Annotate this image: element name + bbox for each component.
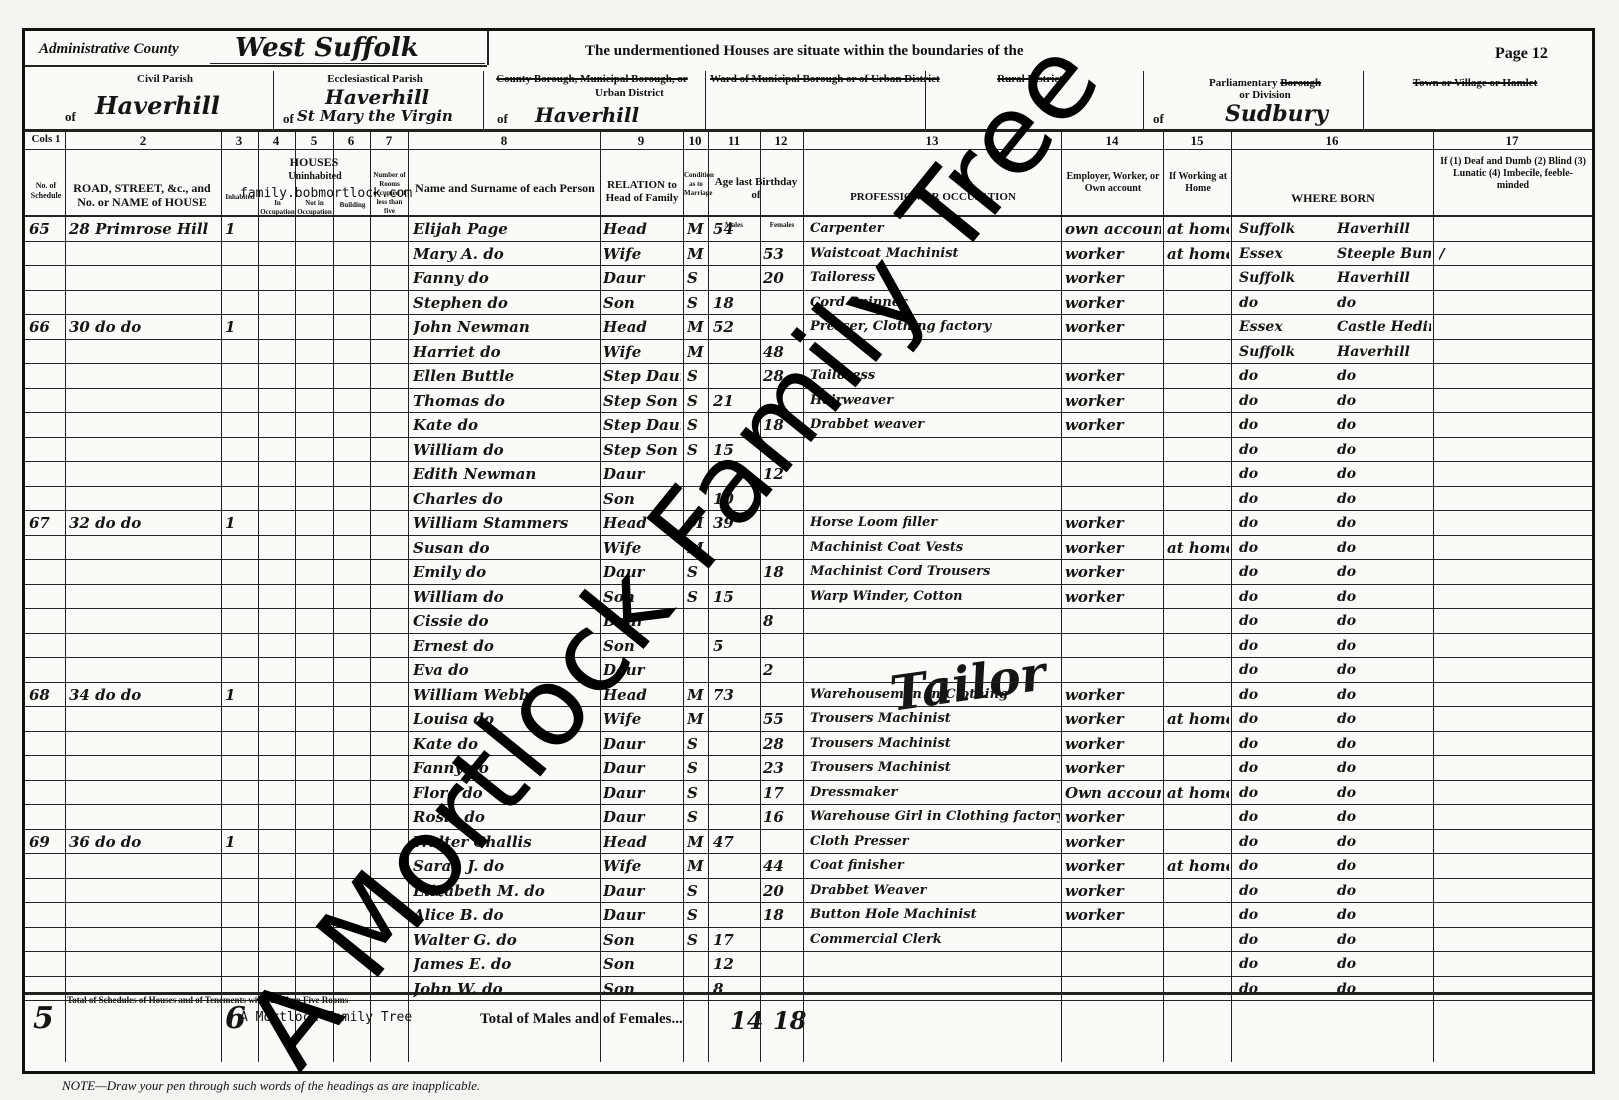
cell-born2: do <box>1337 661 1431 679</box>
header-c10: Condition as to Marriage <box>684 171 708 198</box>
cell-m: 15 <box>713 441 757 459</box>
column-divider <box>708 132 709 1062</box>
cell-f: 2 <box>763 661 801 679</box>
cell-occ: Dressmaker <box>810 784 1060 802</box>
admin-county-value: West Suffolk <box>235 33 419 63</box>
cell-born1: do <box>1239 735 1334 753</box>
cell-rel: Daur <box>603 906 681 924</box>
cell-born1: do <box>1239 441 1334 459</box>
cell-home: at home <box>1167 245 1229 263</box>
cell-name: Harriet do <box>413 343 598 361</box>
cell-born1: do <box>1239 906 1334 924</box>
column-number: 10 <box>675 133 715 149</box>
cell-emp: own account <box>1065 220 1161 238</box>
cell-born1: do <box>1239 367 1334 385</box>
total-females: 18 <box>773 1006 806 1035</box>
civil-parish-value: Haverhill <box>95 91 220 120</box>
cell-name: Fanny do <box>413 269 598 287</box>
cell-cond: M <box>687 710 707 728</box>
column-number: 15 <box>1177 133 1217 149</box>
cell-rel: Daur <box>603 612 681 630</box>
cell-rel: Son <box>603 931 681 949</box>
cell-f: 23 <box>763 759 801 777</box>
civil-parish-label: Civil Parish <box>85 73 245 85</box>
eccl-parish-label: Ecclesiastical Parish <box>275 73 475 85</box>
column-divider <box>1061 132 1062 1062</box>
cell-born2: do <box>1337 857 1431 875</box>
cell-rel: Daur <box>603 882 681 900</box>
cell-rel: Daur <box>603 563 681 581</box>
cell-m: 21 <box>713 392 757 410</box>
cell-cond: S <box>687 441 707 459</box>
rural-district-label: Rural District <box>930 73 1130 85</box>
cell-home: at home <box>1167 220 1229 238</box>
cell-rel: Wife <box>603 857 681 875</box>
cell-born1: do <box>1239 612 1334 630</box>
cell-born1: Suffolk <box>1239 220 1334 238</box>
cell-born1: do <box>1239 784 1334 802</box>
cell-occ: Tailoress <box>810 269 1060 287</box>
column-number: 4 <box>256 133 296 149</box>
column-divider <box>600 132 601 1062</box>
cell-m: 12 <box>713 955 757 973</box>
column-divider <box>295 132 296 1062</box>
cell-born2: do <box>1337 416 1431 434</box>
column-number: 6 <box>331 133 371 149</box>
column-number: 14 <box>1092 133 1132 149</box>
cell-emp: worker <box>1065 735 1161 753</box>
column-number: 12 <box>761 133 801 149</box>
cell-cond: M <box>687 343 707 361</box>
cell-rel: Head <box>603 833 681 851</box>
cell-emp: worker <box>1065 318 1161 336</box>
cell-occ: Cord Spinner <box>810 294 1060 312</box>
cell-born1: do <box>1239 539 1334 557</box>
cell-born2: do <box>1337 686 1431 704</box>
cell-m: 10 <box>713 490 757 508</box>
cell-cond: M <box>687 514 707 532</box>
eccl-parish-value-2: St Mary the Virgin <box>297 107 453 125</box>
cell-f: 53 <box>763 245 801 263</box>
cell-born2: do <box>1337 294 1431 312</box>
cell-emp: worker <box>1065 833 1161 851</box>
cell-occ: Tailoress <box>810 367 1060 385</box>
cell-name: Cissie do <box>413 612 598 630</box>
cell-occ: Waistcoat Machinist <box>810 245 1060 263</box>
cell-name: Ellen Buttle <box>413 367 598 385</box>
cell-emp: worker <box>1065 392 1161 410</box>
cell-name: William do <box>413 441 598 459</box>
cell-occ: Warehouse Girl in Clothing factory <box>810 808 1060 826</box>
cell-emp: worker <box>1065 539 1161 557</box>
cell-emp: Own account <box>1065 784 1161 802</box>
cell-rel: Daur <box>603 784 681 802</box>
cell-rel: Head <box>603 318 681 336</box>
cell-cond: S <box>687 416 707 434</box>
cell-occ: Cloth Presser <box>810 833 1060 851</box>
cell-born2: do <box>1337 539 1431 557</box>
cell-cond: M <box>687 539 707 557</box>
cell-born2: do <box>1337 808 1431 826</box>
cell-name: Alice B. do <box>413 906 598 924</box>
cell-cond: M <box>687 318 707 336</box>
cell-occ: Warp Winder, Cotton <box>810 588 1060 606</box>
cols-label: Cols 1 <box>27 133 65 145</box>
cell-born2: do <box>1337 392 1431 410</box>
cell-born1: do <box>1239 392 1334 410</box>
cell-m: 8 <box>713 980 757 998</box>
cell-born2: do <box>1337 906 1431 924</box>
cell-occ: Button Hole Machinist <box>810 906 1060 924</box>
cell-born1: do <box>1239 931 1334 949</box>
column-divider <box>333 132 334 1062</box>
cell-occ: Carpenter <box>810 220 1060 238</box>
cell-inf: / <box>1439 245 1589 263</box>
cell-f: 20 <box>763 269 801 287</box>
cell-born1: do <box>1239 637 1334 655</box>
cell-emp: worker <box>1065 759 1161 777</box>
cell-inhab: 1 <box>225 686 255 704</box>
header-age_label: Age last Birthday of <box>709 176 803 202</box>
cell-inhab: 1 <box>225 514 255 532</box>
cell-born2: do <box>1337 367 1431 385</box>
cell-born1: do <box>1239 490 1334 508</box>
cell-occ: Warehouseman in Clothing <box>810 686 1060 704</box>
cell-f: 18 <box>763 563 801 581</box>
cell-born2: Castle Hedingham <box>1337 318 1431 336</box>
column-divider <box>258 132 259 1062</box>
cell-born2: do <box>1337 759 1431 777</box>
column-divider <box>1163 132 1164 1062</box>
cell-name: Elizabeth M. do <box>413 882 598 900</box>
column-divider <box>1231 132 1232 1062</box>
cell-born2: do <box>1337 955 1431 973</box>
cell-rel: Son <box>603 490 681 508</box>
column-number: 2 <box>123 133 163 149</box>
watermark-url: family.bobmortlock.com <box>240 186 412 201</box>
header-c9: RELATION to Head of Family <box>602 179 682 205</box>
cell-m: 18 <box>713 294 757 312</box>
column-divider <box>760 132 761 1062</box>
cell-name: Sarah J. do <box>413 857 598 875</box>
cell-cond: M <box>687 833 707 851</box>
cell-m: 54 <box>713 220 757 238</box>
page-number: Page 12 <box>1495 45 1548 63</box>
cell-rel: Step Daur <box>603 367 681 385</box>
cell-rel: Daur <box>603 661 681 679</box>
cell-name: Stephen do <box>413 294 598 312</box>
urban-district-label: Urban District <box>595 87 664 99</box>
cell-emp: worker <box>1065 906 1161 924</box>
column-number: 5 <box>294 133 334 149</box>
cell-born1: do <box>1239 514 1334 532</box>
cell-rel: Daur <box>603 735 681 753</box>
cell-name: Louisa do <box>413 710 598 728</box>
cell-f: 18 <box>763 906 801 924</box>
cell-emp: worker <box>1065 710 1161 728</box>
cell-cond: S <box>687 931 707 949</box>
cell-born1: do <box>1239 416 1334 434</box>
cell-rel: Head <box>603 686 681 704</box>
cell-born2: Haverhill <box>1337 220 1431 238</box>
cell-name: Flora do <box>413 784 598 802</box>
cell-occ: Commercial Clerk <box>810 931 1060 949</box>
cell-rel: Wife <box>603 343 681 361</box>
cell-born1: do <box>1239 563 1334 581</box>
cell-sched: 66 <box>29 318 59 336</box>
cell-cond: S <box>687 759 707 777</box>
cell-emp: worker <box>1065 563 1161 581</box>
cell-emp: worker <box>1065 367 1161 385</box>
cell-born1: do <box>1239 980 1334 998</box>
cell-f: 55 <box>763 710 801 728</box>
cell-m: 15 <box>713 588 757 606</box>
cell-cond: S <box>687 269 707 287</box>
cell-emp: worker <box>1065 808 1161 826</box>
cell-sched: 69 <box>29 833 59 851</box>
cell-born2: do <box>1337 784 1431 802</box>
cell-rel: Daur <box>603 808 681 826</box>
cell-name: William do <box>413 588 598 606</box>
cell-born2: do <box>1337 710 1431 728</box>
cell-rel: Son <box>603 955 681 973</box>
cell-sched: 67 <box>29 514 59 532</box>
column-divider <box>683 132 684 1062</box>
cell-emp: worker <box>1065 269 1161 287</box>
cell-f: 12 <box>763 465 801 483</box>
cell-rel: Step Daur <box>603 416 681 434</box>
cell-name: Eva do <box>413 661 598 679</box>
cell-emp: worker <box>1065 416 1161 434</box>
cell-rel: Daur <box>603 465 681 483</box>
cell-born2: Haverhill <box>1337 269 1431 287</box>
cell-born1: do <box>1239 661 1334 679</box>
cell-address: 28 Primrose Hill <box>69 220 219 238</box>
cell-born2: do <box>1337 441 1431 459</box>
cell-rel: Step Son <box>603 441 681 459</box>
cell-born2: do <box>1337 735 1431 753</box>
header-c1: No. of Schedule <box>27 181 65 201</box>
cell-occ: Hairweaver <box>810 392 1060 410</box>
cell-occ: Machinist Cord Trousers <box>810 563 1060 581</box>
cell-born2: do <box>1337 465 1431 483</box>
cell-m: 47 <box>713 833 757 851</box>
cell-occ: Trousers Machinist <box>810 735 1060 753</box>
cell-home: at home <box>1167 857 1229 875</box>
cell-inhab: 1 <box>225 833 255 851</box>
header-uninhabited: Uninhabited <box>260 171 370 183</box>
total-males: 14 <box>730 1006 763 1035</box>
cell-born2: do <box>1337 588 1431 606</box>
column-number: 9 <box>621 133 661 149</box>
cell-m: 73 <box>713 686 757 704</box>
cell-name: Susan do <box>413 539 598 557</box>
cell-cond: S <box>687 392 707 410</box>
cell-sched: 68 <box>29 686 59 704</box>
cell-born1: do <box>1239 759 1334 777</box>
cell-f: 18 <box>763 416 801 434</box>
admin-county-label: Administrative County <box>39 41 179 58</box>
cell-emp: worker <box>1065 857 1161 875</box>
cell-born1: do <box>1239 465 1334 483</box>
column-divider <box>370 132 371 1062</box>
county-borough-label: County Borough, Municipal Borough, or <box>487 73 697 85</box>
cell-emp: worker <box>1065 882 1161 900</box>
cell-home: at home <box>1167 784 1229 802</box>
cell-emp: worker <box>1065 686 1161 704</box>
cell-born1: Suffolk <box>1239 269 1334 287</box>
banner-text: The undermentioned Houses are situate wi… <box>585 43 1024 60</box>
column-number: 16 <box>1312 133 1352 149</box>
cell-home: at home <box>1167 710 1229 728</box>
cell-name: Kate do <box>413 416 598 434</box>
cell-cond: S <box>687 563 707 581</box>
column-number: 7 <box>369 133 409 149</box>
cell-rel: Daur <box>603 269 681 287</box>
cell-name: Thomas do <box>413 392 598 410</box>
cell-born1: do <box>1239 857 1334 875</box>
cell-rel: Head <box>603 220 681 238</box>
cell-cond: M <box>687 857 707 875</box>
cell-occ: Presser, Clothing factory <box>810 318 1060 336</box>
cell-m: 39 <box>713 514 757 532</box>
cell-cond: S <box>687 367 707 385</box>
column-divider <box>803 132 804 1062</box>
cell-rel: Son <box>603 980 681 998</box>
cell-f: 28 <box>763 735 801 753</box>
cell-rel: Son <box>603 588 681 606</box>
cell-born1: do <box>1239 955 1334 973</box>
cell-cond: S <box>687 735 707 753</box>
cell-rel: Son <box>603 637 681 655</box>
cell-name: Emily do <box>413 563 598 581</box>
column-number: 17 <box>1492 133 1532 149</box>
urban-district-value: Haverhill <box>535 103 639 127</box>
cell-home: at home <box>1167 539 1229 557</box>
cell-rel: Wife <box>603 539 681 557</box>
cell-sched: 65 <box>29 220 59 238</box>
header-c14: Employer, Worker, or Own account <box>1063 171 1163 195</box>
cell-address: 32 do do <box>69 514 219 532</box>
cell-born1: Essex <box>1239 318 1334 336</box>
cell-born1: do <box>1239 710 1334 728</box>
cell-born2: do <box>1337 833 1431 851</box>
cell-occ: Trousers Machinist <box>810 710 1060 728</box>
parliamentary-value: Sudbury <box>1225 101 1328 127</box>
cell-born1: do <box>1239 882 1334 900</box>
header-c16: WHERE BORN <box>1235 191 1431 205</box>
header-c8: Name and Surname of each Person <box>410 181 600 195</box>
cell-occ: Coat finisher <box>810 857 1060 875</box>
cell-born1: Essex <box>1239 245 1334 263</box>
cell-name: Walter G. do <box>413 931 598 949</box>
cell-f: 20 <box>763 882 801 900</box>
cell-name: Elijah Page <box>413 220 598 238</box>
cell-born2: do <box>1337 612 1431 630</box>
cell-m: 17 <box>713 931 757 949</box>
cell-cond: M <box>687 220 707 238</box>
cell-name: Mary A. do <box>413 245 598 263</box>
cell-inhab: 1 <box>225 318 255 336</box>
cell-emp: worker <box>1065 514 1161 532</box>
cell-cond: S <box>687 294 707 312</box>
cell-born2: Steeple Bumpstead <box>1337 245 1431 263</box>
cell-emp: worker <box>1065 588 1161 606</box>
cell-born1: do <box>1239 808 1334 826</box>
cell-occ: Horse Loom filler <box>810 514 1060 532</box>
cell-name: Fanny do <box>413 759 598 777</box>
column-number: 13 <box>912 133 952 149</box>
cell-name: John W. do <box>413 980 598 998</box>
cell-name: Ernest do <box>413 637 598 655</box>
cell-born2: do <box>1337 931 1431 949</box>
column-divider <box>221 132 222 1062</box>
cell-f: 16 <box>763 808 801 826</box>
column-divider <box>65 132 66 1062</box>
cell-name: Rosie do <box>413 808 598 826</box>
total-schedules: 5 <box>33 1001 54 1036</box>
cell-f: 17 <box>763 784 801 802</box>
cell-cond: M <box>687 686 707 704</box>
cell-f: 28 <box>763 367 801 385</box>
cell-born2: do <box>1337 563 1431 581</box>
column-number: 3 <box>219 133 259 149</box>
cell-rel: Step Son <box>603 392 681 410</box>
cell-occ: Drabbet Weaver <box>810 882 1060 900</box>
cell-rel: Daur <box>603 759 681 777</box>
cell-born2: do <box>1337 637 1431 655</box>
cell-name: John Newman <box>413 318 598 336</box>
cell-name: James E. do <box>413 955 598 973</box>
cell-born1: do <box>1239 686 1334 704</box>
cell-rel: Son <box>603 294 681 312</box>
cell-name: Charles do <box>413 490 598 508</box>
eccl-parish-value-1: Haverhill <box>325 85 429 109</box>
cell-name: Edith Newman <box>413 465 598 483</box>
cell-cond: S <box>687 784 707 802</box>
cell-emp: worker <box>1065 245 1161 263</box>
cell-cond: S <box>687 882 707 900</box>
column-divider <box>408 132 409 1062</box>
cell-f: 8 <box>763 612 801 630</box>
header-c17: If (1) Deaf and Dumb (2) Blind (3) Lunat… <box>1437 156 1589 192</box>
cell-rel: Wife <box>603 710 681 728</box>
totals-label: Total of Males and of Females... <box>480 1011 683 1028</box>
cell-occ: Trousers Machinist <box>810 759 1060 777</box>
cell-cond: S <box>687 808 707 826</box>
cell-occ: Machinist Coat Vests <box>810 539 1060 557</box>
column-number: 8 <box>484 133 524 149</box>
cell-f: 44 <box>763 857 801 875</box>
cell-name: Kate do <box>413 735 598 753</box>
cell-inhab: 1 <box>225 220 255 238</box>
cell-born2: Haverhill <box>1337 343 1431 361</box>
header-houses: HOUSES <box>223 155 405 169</box>
cell-cond: M <box>687 245 707 263</box>
header-c12: Females <box>761 221 803 230</box>
cell-born1: Suffolk <box>1239 343 1334 361</box>
column-number: 11 <box>714 133 754 149</box>
cell-born2: do <box>1337 980 1431 998</box>
ward-label: Ward of Municipal Borough or of Urban Di… <box>710 73 910 85</box>
cell-name: William Webb <box>413 686 598 704</box>
cell-address: 36 do do <box>69 833 219 851</box>
cell-born2: do <box>1337 490 1431 508</box>
cell-born1: do <box>1239 294 1334 312</box>
cell-cond: S <box>687 588 707 606</box>
header-c2: ROAD, STREET, &c., and No. or NAME of HO… <box>67 181 217 209</box>
cell-occ: Drabbet weaver <box>810 416 1060 434</box>
